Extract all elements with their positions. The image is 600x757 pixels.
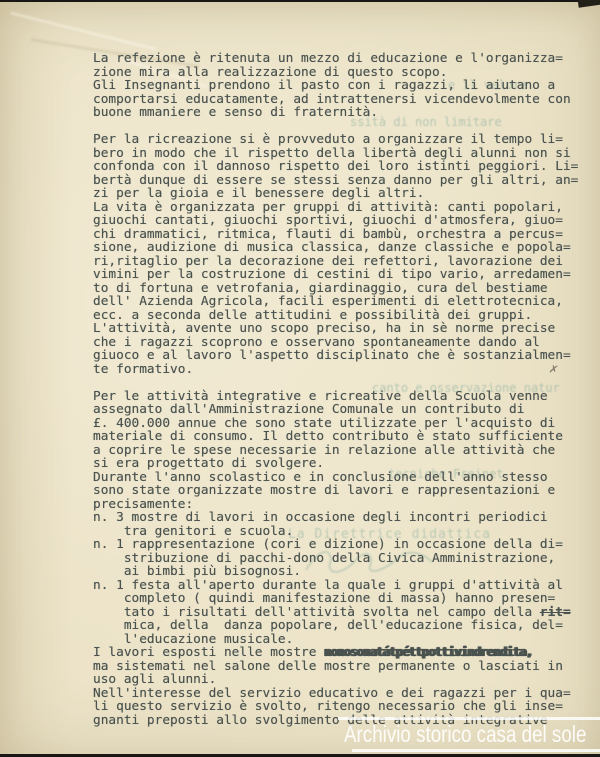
typed-line: assegnato dall'Amministrazione Comunale … (93, 403, 585, 417)
typed-line: precisamente: (93, 498, 585, 512)
typed-line: te formativo. (93, 363, 585, 377)
typed-line: materiale di consumo. Il detto contribut… (93, 430, 585, 444)
paragraph-ricreazione: Per la ricreazione si è provveduto a org… (93, 133, 585, 376)
typed-line: l'educazione musicale. (93, 633, 585, 647)
typed-line: Durante l'anno scolastico e in conclusio… (93, 471, 585, 485)
typed-line: n. 1 festa all'aperto durante la quale i… (93, 579, 585, 593)
typed-line: confonda con il dannoso rispetto dei lor… (93, 160, 585, 174)
paragraph-refezione: La refezione è ritenuta un mezzo di educ… (93, 52, 585, 120)
watermark-divider-top (338, 717, 600, 720)
paper-crease (10, 12, 156, 50)
typed-line: ai bimbi più bisognosi. (93, 565, 585, 579)
typed-line: che i ragazzi scoprono e osservano spont… (93, 336, 585, 350)
typed-line: Per la ricreazione si è provveduto a org… (93, 133, 585, 147)
typed-line: ecc. a seconda delle attitudini e possib… (93, 309, 585, 323)
typed-line: £. 400.000 annue che sono state utilizza… (93, 417, 585, 431)
typed-line: giuoco e al lavoro l'aspetto disciplinat… (93, 349, 585, 363)
typed-line: n. 3 mostre di lavori in occasione degli… (93, 511, 585, 525)
typed-line: Per le attività integrative e ricreative… (93, 390, 585, 404)
paragraph-gap (93, 376, 585, 390)
typed-line: zi per la gioia e il benessere degli alt… (93, 187, 585, 201)
typed-line-prefix: I lavori esposti nelle mostre (93, 645, 324, 660)
typed-line: L'attività, avente uno scopo preciso, ha… (93, 322, 585, 336)
typed-line: n. 1 rappresentazione (cori e dizione) i… (93, 538, 585, 552)
typed-line: si era progettato di svolgere. (93, 457, 585, 471)
typed-line: Nell'interesse del servizio educativo e … (93, 687, 585, 701)
watermark-label: Archivio storico casa del sole (344, 722, 586, 746)
typed-line-with-overtype: I lavori esposti nelle mostre nonosonatá… (93, 646, 585, 660)
typed-line: sono state organizzate mostre di lavori … (93, 484, 585, 498)
watermark-divider-bottom (352, 749, 600, 752)
typed-line: dell' Azienda Agricola, facili esperimen… (93, 295, 585, 309)
typed-line-with-strikeout: tato i risultati dell'attività svolta ne… (93, 606, 585, 620)
typed-line: vimini per la costruzione di cestini di … (93, 268, 585, 282)
typed-line: li questo servizio è svolto, ritengo nec… (93, 700, 585, 714)
typed-text-block: La refezione è ritenuta un mezzo di educ… (93, 52, 585, 727)
typed-line: a coprire le spese necessarie in relazio… (93, 444, 585, 458)
paragraph-gap (93, 120, 585, 134)
typed-line: La refezione è ritenuta un mezzo di educ… (93, 52, 585, 66)
typed-line: completo ( quindi manifestazione di mass… (93, 592, 585, 606)
typed-line: tra genitori e scuola. (93, 525, 585, 539)
typed-line: ri,ritaglio per la decorazione dei refet… (93, 255, 585, 269)
paragraph-attivita-integrative: Per le attività integrative e ricreative… (93, 390, 585, 728)
scan-edge-top (0, 0, 600, 2)
typed-line: ma sistemati nel salone delle mostre per… (93, 660, 585, 674)
typed-line: buone mmaniere e senso di fraternità. (93, 106, 585, 120)
scanned-page: e il valore ssità di non limitare canto … (0, 2, 600, 754)
typed-line: sione, audizione di musica classica, dan… (93, 241, 585, 255)
typed-line: uso agli alunni. (93, 673, 585, 687)
typed-line: La vita è organizzata per gruppi di atti… (93, 201, 585, 215)
typed-line: Gli Insegnanti prendono il pasto con i r… (93, 79, 585, 93)
overtyped-text: nonosonatátpéttpottivindrendita, (324, 645, 532, 660)
typed-line: zione mira alla realizzazione di questo … (93, 66, 585, 80)
typed-line: chi drammatici, ritmica, flauti di bambù… (93, 228, 585, 242)
typed-line: stribuzione di pacchi-dono della Civica … (93, 552, 585, 566)
typed-line: giuochi cantati, giuochi sportivi, giuoc… (93, 214, 585, 228)
typed-line: bertà dunque di essere se stessi senza d… (93, 174, 585, 188)
typed-line: bero in modo che il rispetto della liber… (93, 147, 585, 161)
typed-line: mica, della danza popolare, dell'educazi… (93, 619, 585, 633)
typed-line: comportarsi educatamente, ad intrattener… (93, 93, 585, 107)
typed-line: to di fortuna e vetrofania, giardinaggio… (93, 282, 585, 296)
